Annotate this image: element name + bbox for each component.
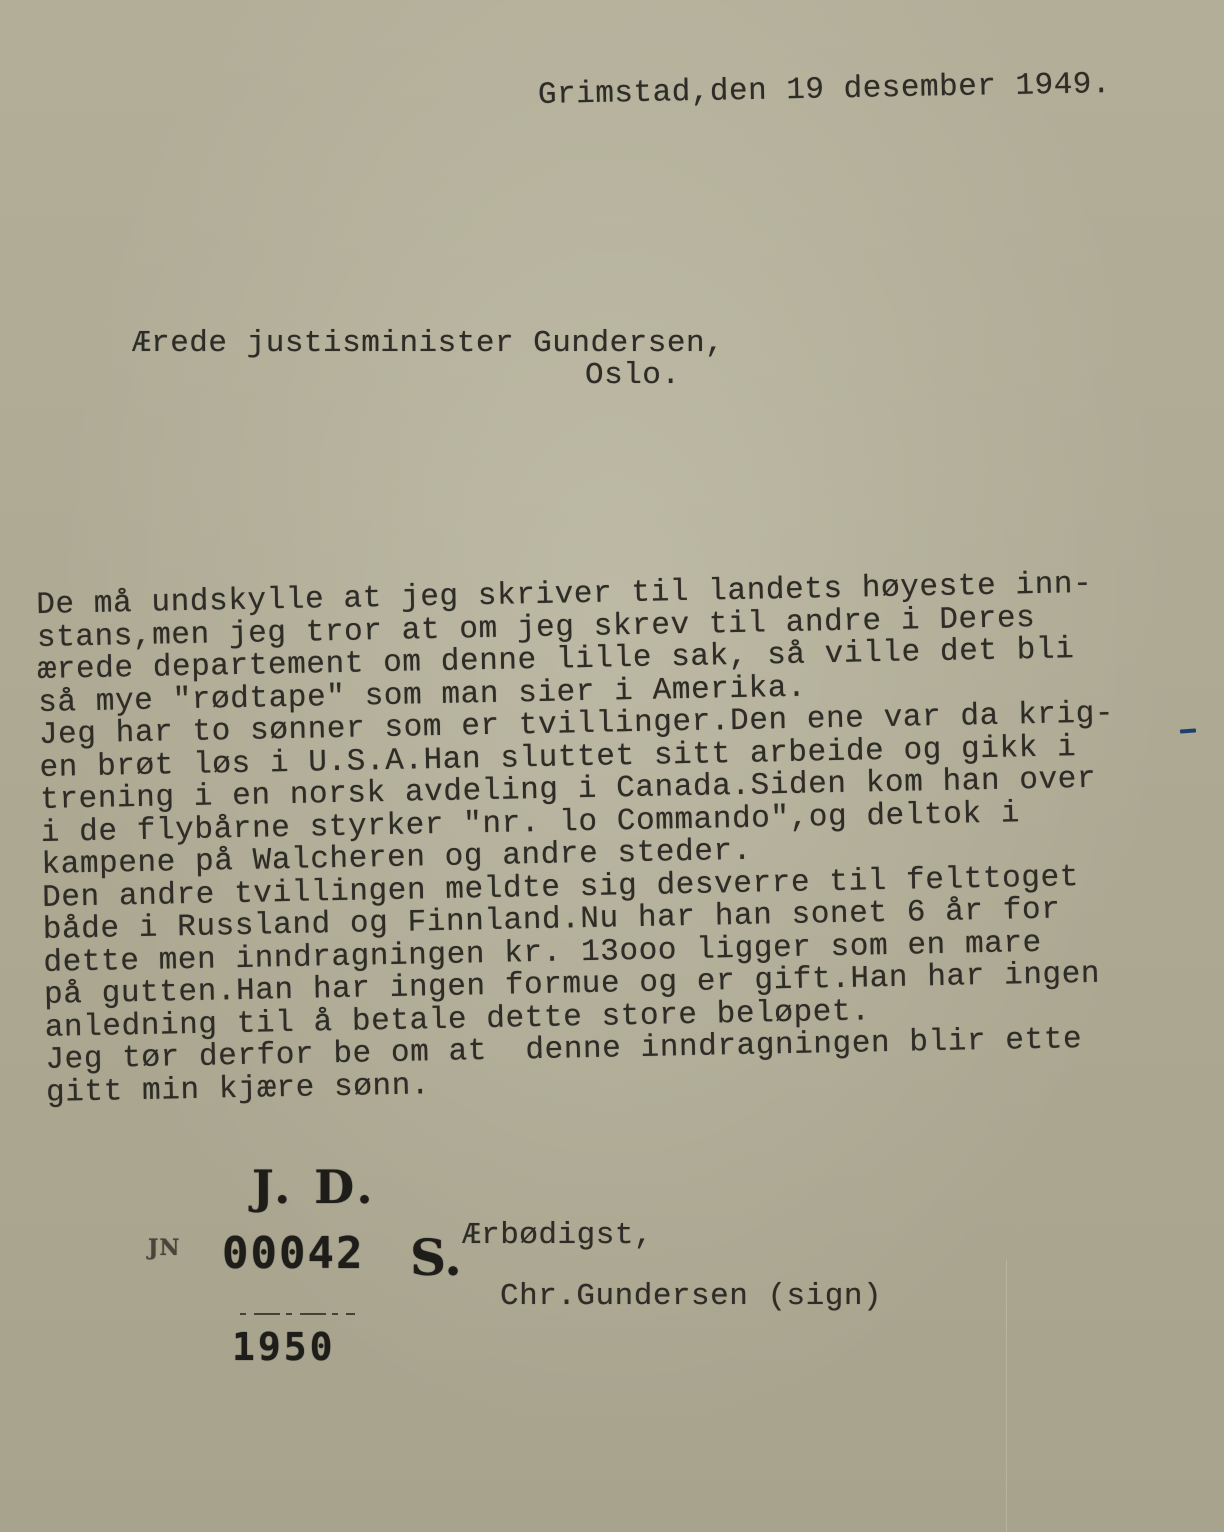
addressee-city: Oslo. bbox=[585, 360, 681, 391]
stamp-journal-number: 00042 bbox=[222, 1228, 364, 1279]
letter-body: De må undskylle at jeg skriver til lande… bbox=[36, 567, 1206, 1110]
place-date: Grimstad,den 19 desember 1949. bbox=[538, 69, 1112, 111]
letter-page: Grimstad,den 19 desember 1949. Ærede jus… bbox=[0, 0, 1224, 1532]
signature: Chr.Gundersen (sign) bbox=[500, 1281, 882, 1312]
stamp-prefix: JN bbox=[148, 1235, 181, 1261]
stamp-year: 1950 bbox=[232, 1325, 336, 1369]
stamp-office: J. D. bbox=[252, 1160, 377, 1214]
stamp-suffix: S. bbox=[410, 1228, 462, 1287]
stamp-divider bbox=[240, 1313, 355, 1315]
paper-fold-line bbox=[1006, 1260, 1007, 1532]
salutation: Ærede justisminister Gundersen, bbox=[132, 328, 724, 359]
valediction: Ærbødigst, bbox=[462, 1220, 653, 1251]
